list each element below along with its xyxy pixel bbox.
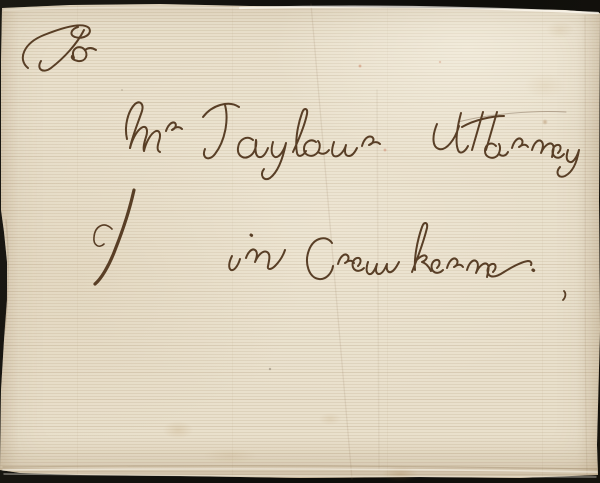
- photo-backdrop: To Mr Taylour Attorney: [0, 0, 600, 483]
- letter-sheet: [0, 0, 600, 483]
